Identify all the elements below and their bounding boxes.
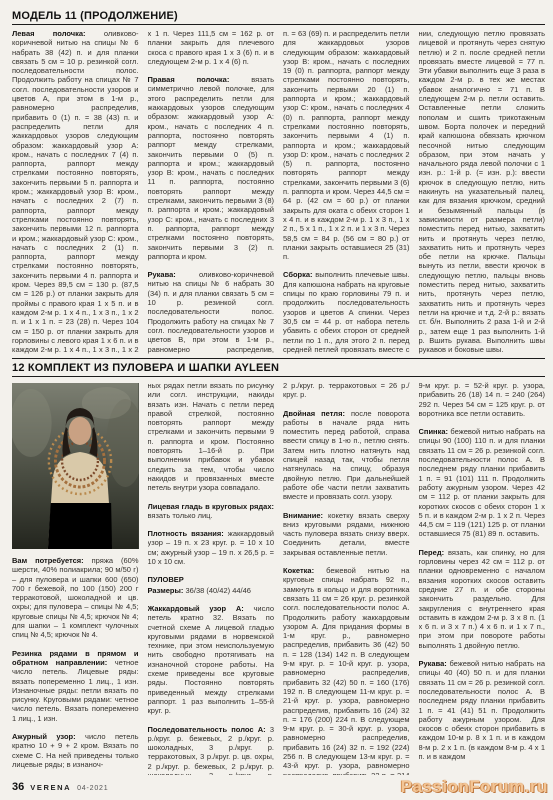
section-title-komplekt: 12 КОМПЛЕКТ ИЗ ПУЛОВЕРА И ШАПКИ AYLEEN xyxy=(12,362,545,377)
text-column-1: Вам потребуется: пряжа (60% шерсти, 40% … xyxy=(12,381,139,775)
paragraph: Ажурный узор: число петель кратно 10 + 9… xyxy=(12,732,139,769)
watermark: PassionForum.ru xyxy=(401,777,548,797)
section1-columns: Левая полочка: оливково-коричневой нитью… xyxy=(12,29,545,355)
magazine-name: VERENA xyxy=(30,783,71,792)
paragraph: 9-м круг. р. = 52-й круг. р. узора, приб… xyxy=(419,381,546,418)
text-column-4: нии, следующую петлю провязать лицевой и… xyxy=(419,29,546,355)
paragraph: х 1 п. Через 111,5 см = 162 р. от планки… xyxy=(148,29,275,66)
model-photo xyxy=(12,383,139,549)
magazine-page: МОДЕЛЬ 11 (ПРОДОЛЖЕНИЕ) Левая полочка: о… xyxy=(0,0,553,800)
paragraph: нии, следующую петлю провязать лицевой и… xyxy=(419,29,546,354)
section-title-model-11: МОДЕЛЬ 11 (ПРОДОЛЖЕНИЕ) xyxy=(12,10,545,25)
text-column-2: х 1 п. Через 111,5 см = 162 р. от планки… xyxy=(148,29,275,355)
paragraph: п. = 63 (69) п. и распределить петли для… xyxy=(283,29,410,261)
page-number: 36 xyxy=(12,781,24,793)
paragraph: Плотность вязания: жаккардовый узор – 19… xyxy=(148,529,275,566)
paragraph: Резинка рядами в прямом и обратном напра… xyxy=(12,649,139,723)
paragraph: Рукава: бежевой нитью набрать на спицы 4… xyxy=(419,659,546,761)
paragraph: Правая полочка: вязать симметрично левой… xyxy=(148,75,275,261)
paragraph: Рукава: оливково-коричневой нитью на спи… xyxy=(148,270,275,355)
paragraph: Вам потребуется: пряжа (60% шерсти, 40% … xyxy=(12,556,139,640)
paragraph: Двойная петля: после поворота работы в н… xyxy=(283,409,410,502)
paragraph: Спинка: бежевой нитью набрать на спицы 9… xyxy=(419,427,546,539)
subheading-pullover: ПУЛОВЕР xyxy=(148,575,275,584)
text-column-3: 2 р./круг. р. терракотовых = 26 р./круг.… xyxy=(283,381,410,775)
paragraph: Размеры: 36/38 (40/42) 44/46 xyxy=(148,586,275,595)
text-column-1: Левая полочка: оливково-коричневой нитью… xyxy=(12,29,139,355)
paragraph: Кокетка: бежевой нитью на круговые спицы… xyxy=(283,566,410,775)
paragraph: Левая полочка: оливково-коричневой нитью… xyxy=(12,29,139,355)
paragraph: ных рядах петли вязать по рисунку или со… xyxy=(148,381,275,493)
magazine-issue: 04-2021 xyxy=(77,785,108,792)
paragraph: Лицевая гладь в круговых рядах: вязать т… xyxy=(148,502,275,521)
paragraph: Перед: вязать, как спинку, но для горлов… xyxy=(419,548,546,650)
paragraph: Сборка: выполнить плечевые швы. Для капю… xyxy=(283,270,410,355)
paragraph: Внимание: кокетку вязать сверху вниз кру… xyxy=(283,511,410,557)
section-divider: 12 КОМПЛЕКТ ИЗ ПУЛОВЕРА И ШАПКИ AYLEEN xyxy=(12,358,545,377)
section2-columns: Вам потребуется: пряжа (60% шерсти, 40% … xyxy=(12,381,545,775)
paragraph: Последовательность полос А: 3 р./круг. р… xyxy=(148,725,275,776)
text-column-2: ных рядах петли вязать по рисунку или со… xyxy=(148,381,275,775)
page-footer: 36 VERENA 04-2021 xyxy=(12,781,108,793)
text-column-4: 9-м круг. р. = 52-й круг. р. узора, приб… xyxy=(419,381,546,775)
paragraph: Жаккардовый узор А: число петель кратно … xyxy=(148,604,275,716)
text-column-3: п. = 63 (69) п. и распределить петли для… xyxy=(283,29,410,355)
paragraph: 2 р./круг. р. терракотовых = 26 р./круг.… xyxy=(283,381,410,400)
